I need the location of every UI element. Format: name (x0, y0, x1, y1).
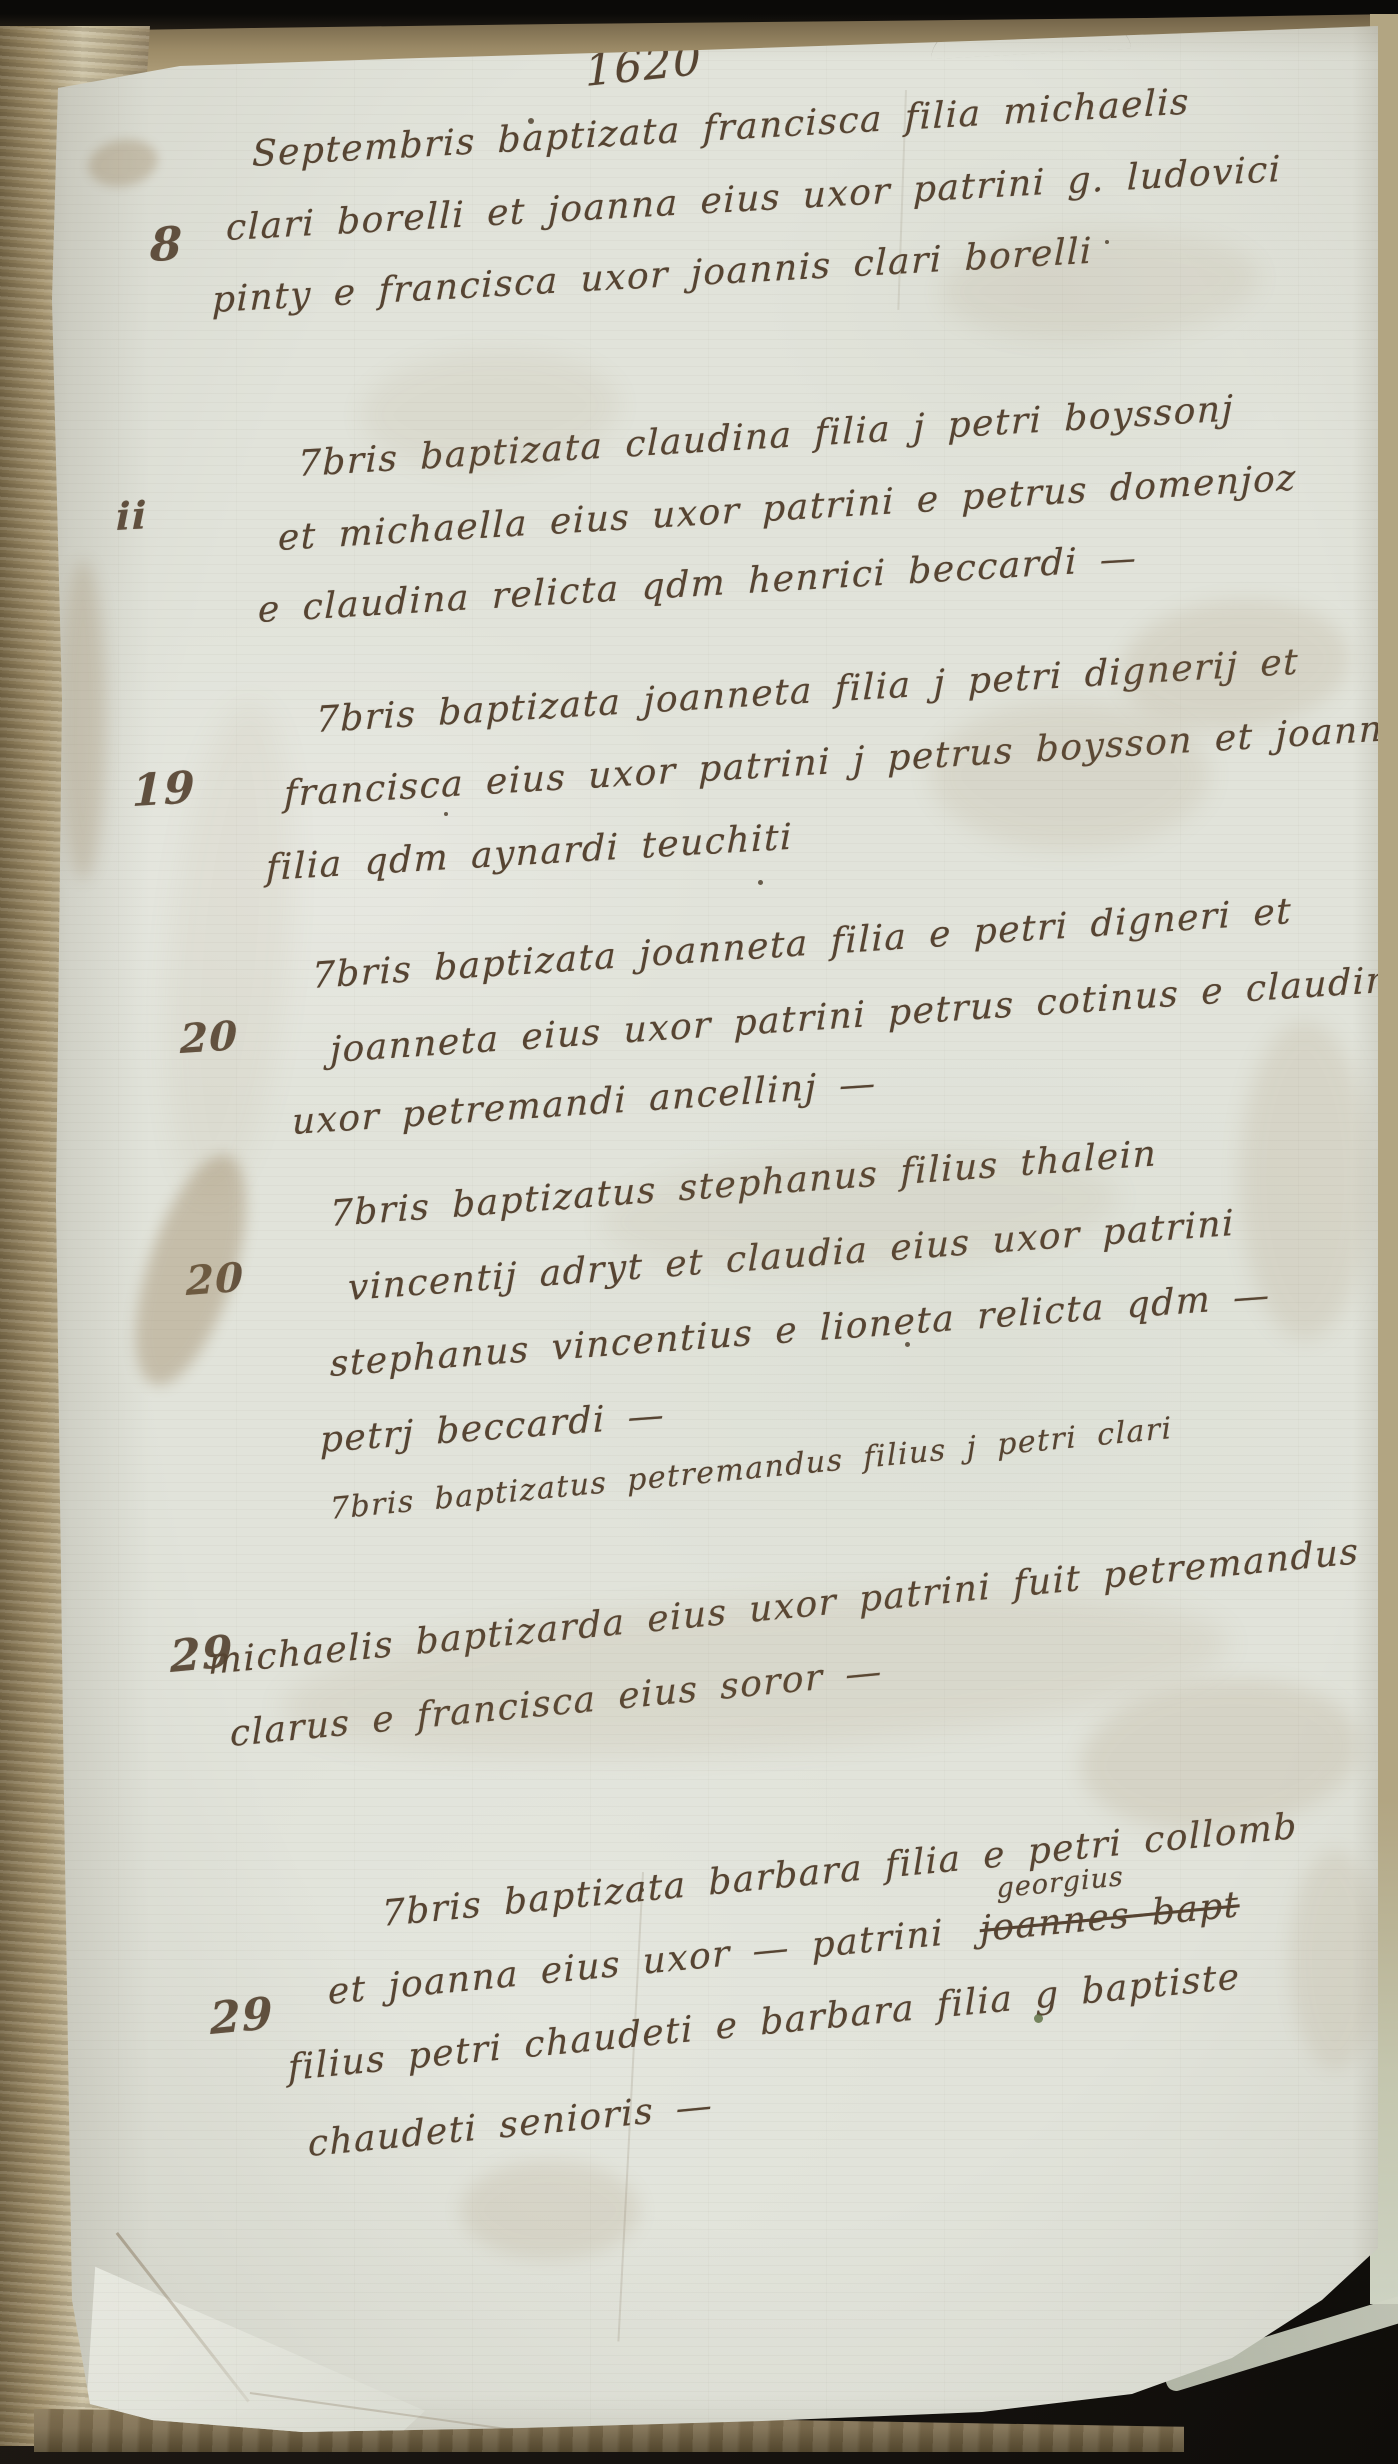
paper-stain (276, 1567, 1234, 1783)
paper-stain (60, 560, 106, 880)
paper-stain (1290, 1850, 1380, 2070)
corner-fold (85, 2256, 425, 2436)
entry-line: stephanus vincentius e lioneta relicta q… (330, 1275, 1271, 1385)
entry-line: 7bris baptizatus stephanus filius thalei… (330, 1133, 1157, 1235)
entry-line: pinty e francisca uxor joannis clari bor… (212, 231, 1093, 321)
entry-line: petrj beccardi — (320, 1395, 665, 1461)
entry-line: 7bris baptizata joanneta filia e petri d… (312, 891, 1292, 997)
inserted-word: georgius (996, 1861, 1124, 1904)
interlinear-correction: georgiusjoannes bapt (979, 1884, 1240, 1950)
paper-stain (113, 1143, 269, 1398)
paper-crease (116, 2232, 250, 2402)
paper-stain (930, 700, 1210, 850)
ink-speck (528, 118, 534, 124)
paper-stain (597, 1136, 1123, 1283)
paper-stain (148, 696, 311, 1205)
paper-stain (1115, 590, 1355, 740)
paper-crease (897, 90, 907, 310)
paper-stain (460, 2160, 640, 2260)
entry-day-number: 20 (186, 1254, 245, 1305)
ink-speck (1105, 240, 1109, 244)
manuscript-page: 1620 8Septembris baptizata francisca fil… (0, 0, 1398, 2464)
entry-line: 7bris baptizata joanneta filia j petri d… (316, 642, 1300, 742)
entry-line: e claudina relicta qdm henrici beccardi … (258, 538, 1138, 631)
paper-stain (357, 343, 623, 476)
ink-speck (758, 880, 763, 885)
struck-word: joannes bapt (979, 1884, 1240, 1950)
entry-day-number: 29 (209, 1988, 274, 2045)
entry-day-number: 8 (150, 216, 184, 272)
entry-line: chaudeti senioris — (307, 2085, 713, 2165)
entry-day-number: 20 (180, 1012, 239, 1063)
entry-line: 7bris baptizatus petremandus filius j pe… (330, 1411, 1174, 1527)
entry-line: 7bris baptizata claudina filia j petri b… (298, 388, 1235, 485)
entry-line: vincentij adryt et claudia eius uxor pat… (348, 1203, 1235, 1309)
entry-line: et joanna eius uxor — patrini georgiusjo… (327, 1884, 1240, 2013)
ink-speck (640, 1888, 644, 1892)
paper-stain (1240, 1020, 1370, 1340)
paper-stain (85, 134, 162, 191)
entry-line: francisca eius uxor patrini j petrus boy… (284, 705, 1398, 815)
entry-line: clarus e francisca eius soror — (229, 1651, 883, 1755)
entry-line: clari borelli et joanna eius uxor patrin… (226, 149, 1282, 249)
entry-line: uxor petremandi ancellinj — (292, 1063, 877, 1143)
ink-speck (444, 812, 448, 816)
entry-day-number: ii (116, 492, 148, 539)
entry-day-number: 29 (169, 1626, 234, 1683)
paper-stain (1073, 1666, 1367, 1844)
entry-day-number: 19 (132, 762, 197, 817)
entry-line: michaelis baptizarda eius uxor patrini f… (207, 1531, 1359, 1683)
ink-speck (1034, 2014, 1043, 2023)
paper-stain (937, 222, 1262, 349)
entry-line: filius petri chaudeti e barbara filia g … (287, 1956, 1241, 2089)
ink-speck (905, 1342, 910, 1347)
entry-line: 7bris baptizata barbara filia e petri co… (381, 1806, 1298, 1935)
book-photo: 1620 8Septembris baptizata francisca fil… (0, 0, 1398, 2464)
entry-line: joanneta eius uxor patrini petrus cotinu… (330, 958, 1398, 1071)
entry-line: filia qdm aynardi teuchiti (266, 817, 793, 889)
paper-crease (617, 1872, 644, 2341)
entry-line: et michaella eius uxor patrini e petrus … (278, 457, 1297, 559)
entry-line: Septembris baptizata francisca filia mic… (252, 82, 1190, 176)
